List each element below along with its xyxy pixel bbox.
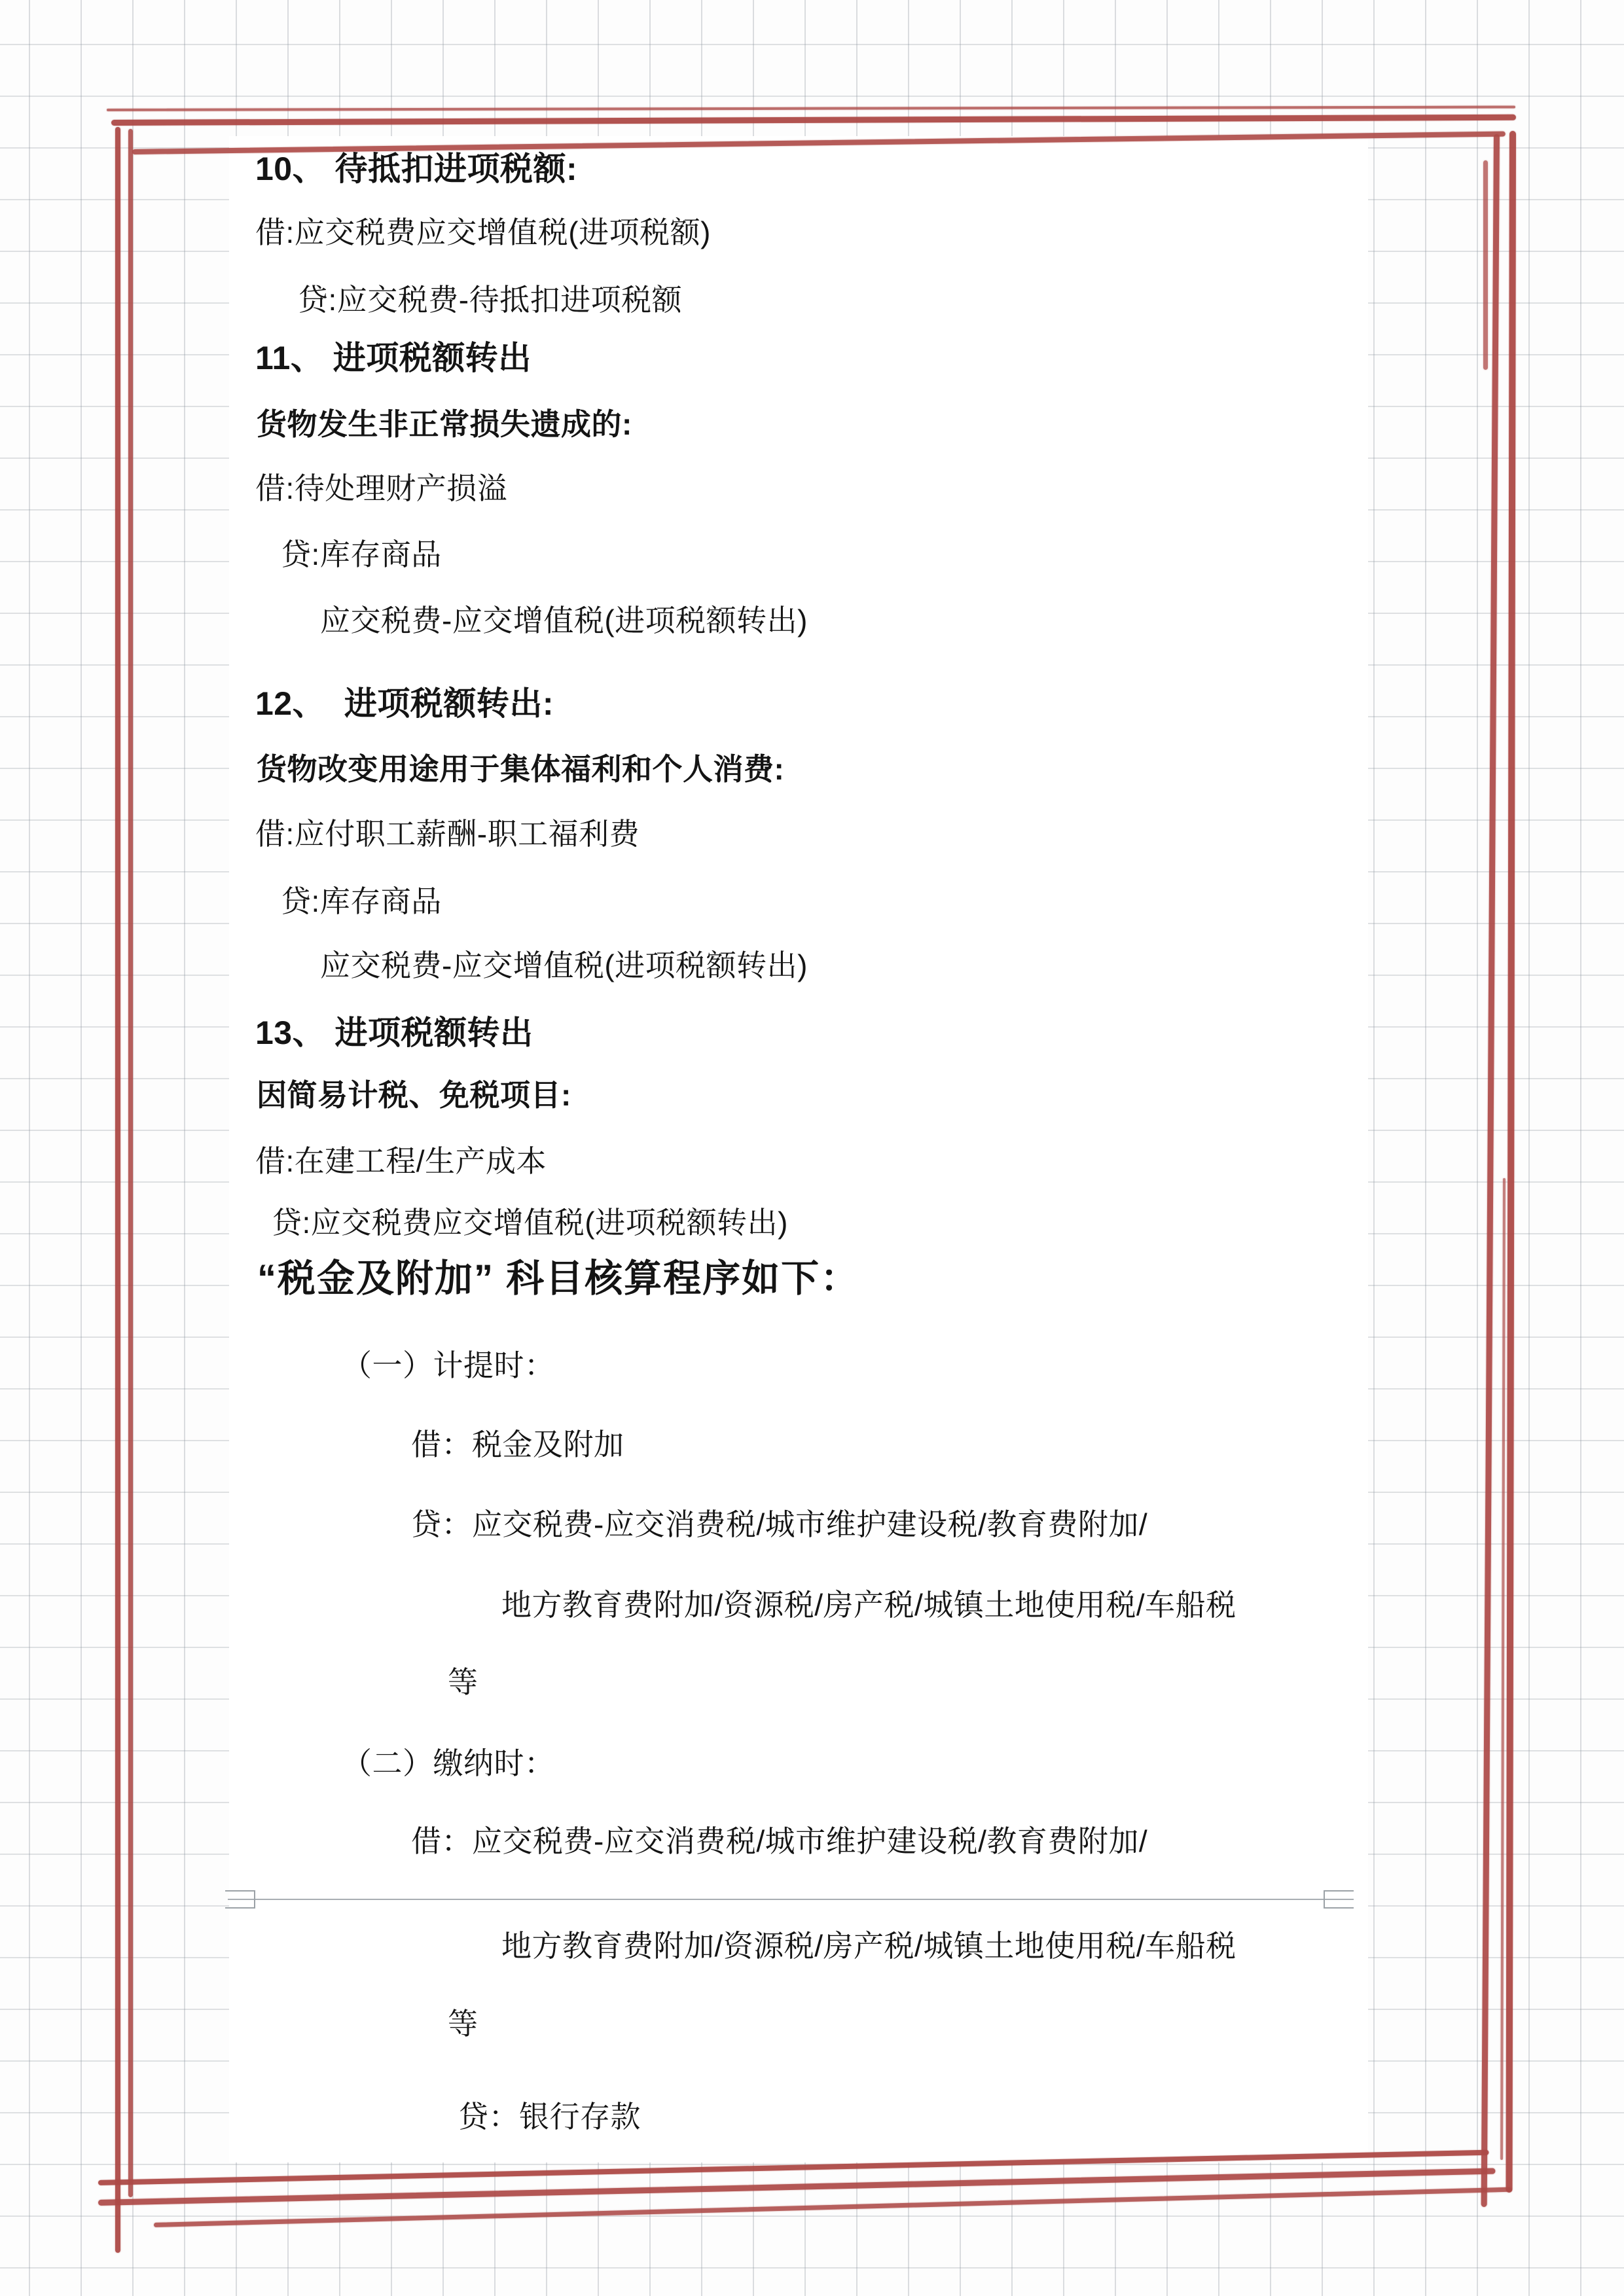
condition-heading: 货物发生非正常损失遗成的:: [257, 406, 632, 444]
border-right-stroke: [1500, 1178, 1506, 2160]
procedure-step: （一）计提时：: [342, 1347, 555, 1385]
border-right-stroke: [1483, 160, 1488, 370]
journal-entry-line: 借:在建工程/生产成本: [255, 1143, 547, 1181]
section-heading: 10、 待抵扣进项税额:: [255, 149, 577, 190]
border-top-stroke: [111, 115, 1516, 126]
journal-entry-line: 等: [448, 1664, 478, 1702]
journal-entry-line: 地方教育费附加/资源税/房产税/城镇土地使用税/车船税: [501, 1928, 1236, 1965]
text-boundary-marker-right: [1324, 1890, 1354, 1909]
journal-entry-line: 贷：银行存款: [458, 2098, 641, 2136]
grid-background: 10、 待抵扣进项税额: 借:应交税费应交增值税(进项税额) 贷:应交税费-待抵…: [0, 0, 1624, 2296]
section-heading: 12、 进项税额转出:: [255, 683, 554, 725]
border-left-stroke: [128, 129, 133, 2197]
journal-entry-line: 地方教育费附加/资源税/房产税/城镇土地使用税/车船税: [501, 1587, 1236, 1624]
journal-entry-line: 贷:库存商品: [281, 883, 442, 921]
border-bottom-stroke: [98, 2168, 1496, 2206]
border-bottom-stroke: [154, 2187, 1511, 2227]
border-right-stroke: [1481, 134, 1500, 2207]
journal-entry-line: 贷:应交税费-待抵扣进项税额: [298, 281, 682, 319]
journal-entry-line: 借:应交税费应交增值税(进项税额): [255, 214, 711, 252]
journal-entry-line: 贷：应交税费-应交消费税/城市维护建设税/教育费附加/: [411, 1506, 1147, 1544]
procedure-title: “税金及附加” 科目核算程序如下：: [257, 1255, 859, 1303]
condition-heading: 货物改变用途用于集体福利和个人消费:: [257, 751, 784, 789]
page-separator-line: [228, 1899, 1354, 1900]
journal-entry-line: 应交税费-应交增值税(进项税额转出): [320, 947, 808, 985]
journal-entry-line: 应交税费-应交增值税(进项税额转出): [320, 602, 808, 640]
journal-entry-line: 贷:库存商品: [281, 536, 442, 574]
text-boundary-marker-left: [225, 1890, 255, 1909]
journal-entry-line: 借:待处理财产损溢: [255, 470, 507, 508]
journal-entry-line: 借：税金及附加: [411, 1426, 624, 1464]
journal-entry-line: 借:应付职工薪酬-职工福利费: [255, 816, 640, 853]
journal-entry-line: 等: [448, 2005, 478, 2043]
border-right-stroke: [1506, 131, 1516, 2193]
section-heading: 11、 进项税额转出: [255, 338, 532, 379]
journal-entry-line: 借：应交税费-应交消费税/城市维护建设税/教育费附加/: [411, 1823, 1147, 1861]
border-left-stroke: [115, 127, 120, 2253]
condition-heading: 因简易计税、免税项目:: [257, 1077, 571, 1115]
border-top-stroke: [107, 105, 1515, 111]
journal-entry-line: 贷:应交税费应交增值税(进项税额转出): [272, 1204, 788, 1242]
procedure-step: （二）缴纳时：: [342, 1745, 555, 1783]
section-heading: 13、 进项税额转出: [255, 1013, 533, 1054]
